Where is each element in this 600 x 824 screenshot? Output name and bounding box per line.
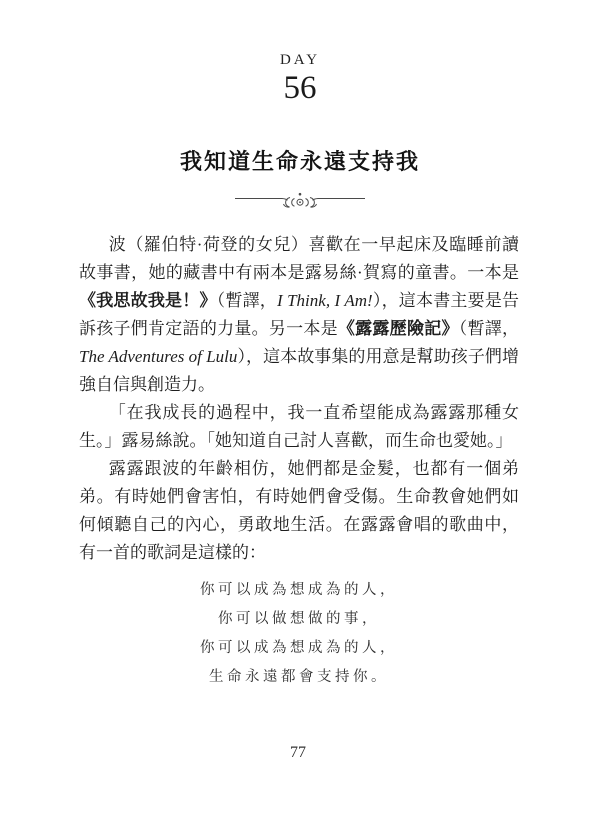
italic-text-run: I Think, I Am!: [277, 291, 373, 310]
bold-text-run: 《露露歷險記》: [338, 319, 459, 338]
paragraph: 波（羅伯特·荷登的女兒）喜歡在一早起床及臨睡前讀故事書，她的藏書中有兩本是露易絲…: [79, 231, 519, 399]
day-label: DAY: [0, 52, 600, 69]
bold-text-run: 《我思故我是！》: [79, 291, 217, 310]
page-number: 77: [0, 744, 596, 762]
body-text: 波（羅伯特·荷登的女兒）喜歡在一早起床及臨睡前讀故事書，她的藏書中有兩本是露易絲…: [79, 231, 519, 692]
paragraph: 「在我成長的過程中，我一直希望能成為露露那種女生。」露易絲說。「她知道自己討人喜…: [79, 399, 519, 455]
poem-line: 你可以成為想成為的人，: [79, 634, 519, 663]
poem-line: 生命永遠都會支持你。: [79, 663, 519, 692]
song-lyrics: 你可以成為想成為的人，你可以做想做的事，你可以成為想成為的人，生命永遠都會支持你…: [79, 576, 519, 692]
book-page: DAY 56 我知道生命永遠支持我 波（羅伯特·荷登的女兒）喜歡在一早起床及臨睡…: [0, 0, 600, 824]
paragraphs: 波（羅伯特·荷登的女兒）喜歡在一早起床及臨睡前讀故事書，她的藏書中有兩本是露易絲…: [79, 231, 519, 567]
text-run: 波（羅伯特·荷登的女兒）喜歡在一早起床及臨睡前讀故事書，她的藏書中有兩本是露易絲…: [79, 235, 519, 282]
chapter-title: 我知道生命永遠支持我: [0, 145, 600, 176]
flourish-divider-icon: [0, 190, 600, 212]
paragraph: 露露跟波的年齡相仿，她們都是金髮，也都有一個弟弟。有時她們會害怕，有時她們會受傷…: [79, 455, 519, 567]
text-run: 露露跟波的年齡相仿，她們都是金髮，也都有一個弟弟。有時她們會害怕，有時她們會受傷…: [79, 459, 519, 562]
italic-text-run: The Adventures of Lulu: [79, 347, 237, 366]
text-run: （暫譯，: [217, 291, 277, 310]
day-number: 56: [0, 70, 600, 107]
poem-line: 你可以成為想成為的人，: [79, 576, 519, 605]
poem-line: 你可以做想做的事，: [79, 605, 519, 634]
text-run: 「在我成長的過程中，我一直希望能成為露露那種女生。」露易絲說。「她知道自己討人喜…: [79, 403, 519, 450]
text-run: （暫譯，: [459, 319, 519, 338]
